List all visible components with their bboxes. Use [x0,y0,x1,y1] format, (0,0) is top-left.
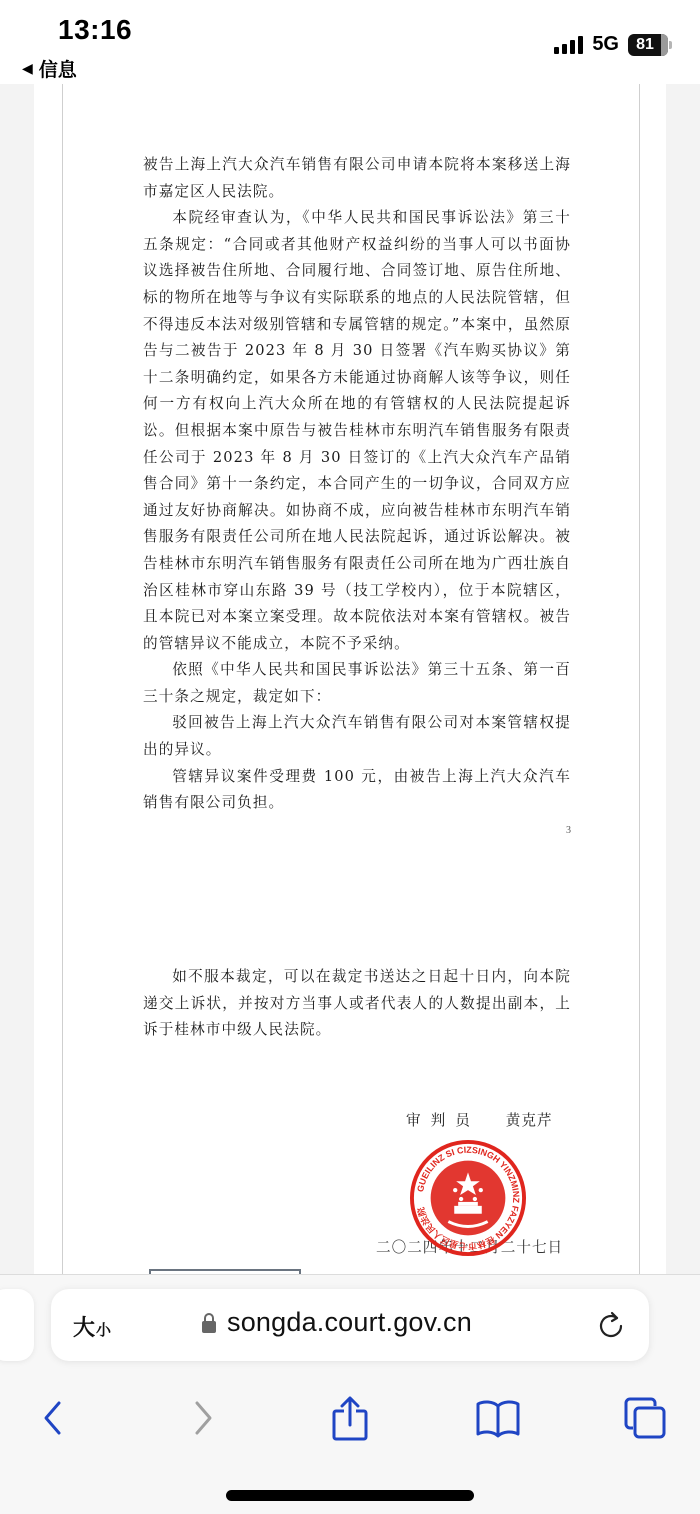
share-button[interactable] [325,1393,375,1443]
viewer-margin-left [34,84,62,1274]
previous-tab-peek[interactable] [0,1289,34,1361]
back-triangle-icon: ◀ [22,60,33,77]
tabs-button[interactable] [620,1393,670,1443]
back-app-label: 信息 [39,55,77,82]
battery-percent: 81 [636,36,654,54]
browser-toolbar [0,1393,700,1443]
reload-icon[interactable] [595,1309,627,1341]
page-number: 3 [566,825,571,836]
judge-signature: 审判员 黄克芹 [406,1109,553,1130]
appeal-notice: 如不服本裁定，可以在裁定书送达之日起十日内，向本院递交上诉状，并按对方当事人或者… [143,964,571,1044]
bookmarks-button[interactable] [473,1393,523,1443]
paragraph-fee: 管辖异议案件受理费 100 元，由被告上海上汽大众汽车销售有限公司负担。 [143,764,571,817]
paragraph-ruling: 驳回被告上海上汽大众汽车销售有限公司对本案管辖权提出的异议。 [143,710,571,763]
judge-role: 审判员 [406,1109,480,1130]
text-size-label-small: 小 [96,1319,111,1340]
judge-name: 黄克芹 [506,1109,553,1130]
status-bar: 13:16 ◀ 信息 5G 81 [0,0,700,84]
paragraph-legal-basis: 依照《中华人民共和国民事诉讼法》第三十五条、第一百三十条之规定，裁定如下： [143,657,571,710]
network-type: 5G [592,33,619,56]
share-icon [330,1395,370,1441]
url-display[interactable]: songda.court.gov.cn [201,1307,472,1338]
address-bar[interactable]: 大小 songda.court.gov.cn [51,1289,649,1361]
back-to-app-button[interactable]: ◀ 信息 [22,55,77,82]
cellular-signal-icon [554,36,583,54]
forward-button[interactable] [178,1393,228,1443]
viewer-margin-right [640,84,666,1274]
text-size-button[interactable]: 大小 [73,1311,111,1342]
text-size-label-big: 大 [73,1311,95,1342]
court-seal-icon: GUEILINZ SI CIZSINGH YINZMINZ FAZYEN 桂林市… [409,1139,527,1257]
book-icon [475,1398,521,1438]
chevron-right-icon [191,1400,215,1436]
battery-icon: 81 [628,34,672,56]
url-text: songda.court.gov.cn [227,1307,472,1338]
status-indicators: 5G 81 [554,33,672,56]
chevron-left-icon [41,1400,65,1436]
home-indicator[interactable] [226,1490,474,1501]
paragraph-transfer-request: 被告上海上汽大众汽车销售有限公司申请本院将本案移送上海市嘉定区人民法院。 [143,152,571,205]
browser-bottom-chrome: 大小 songda.court.gov.cn [0,1274,700,1514]
document-viewer[interactable]: 被告上海上汽大众汽车销售有限公司申请本院将本案移送上海市嘉定区人民法院。 本院经… [0,84,700,1274]
lock-icon [201,1312,217,1334]
tabs-icon [623,1396,667,1440]
document-page: 被告上海上汽大众汽车销售有限公司申请本院将本案移送上海市嘉定区人民法院。 本院经… [62,84,640,1274]
ruling-body: 被告上海上汽大众汽车销售有限公司申请本院将本案移送上海市嘉定区人民法院。 本院经… [143,152,571,817]
paragraph-court-reasoning: 本院经审查认为，《中华人民共和国民事诉讼法》第三十五条规定：“合同或者其他财产权… [143,205,571,657]
back-button[interactable] [28,1393,78,1443]
status-time: 13:16 [58,14,132,46]
